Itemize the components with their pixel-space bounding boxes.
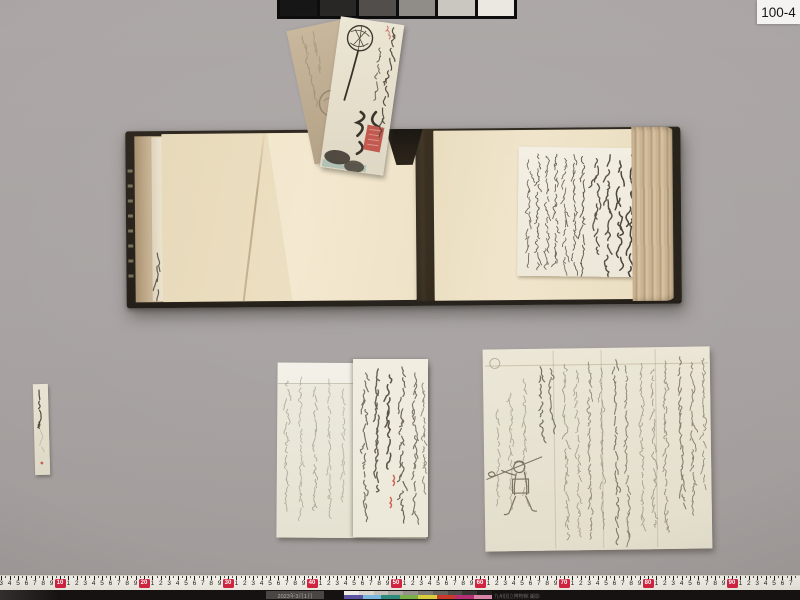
ruler-number: 4 <box>510 580 517 588</box>
handwriting-column <box>360 373 369 522</box>
ruler-half-tick <box>89 576 90 578</box>
ruler-half-tick <box>593 576 594 578</box>
ruler-number: 3 <box>82 580 89 588</box>
ruler-half-tick <box>652 576 653 578</box>
ruler-half-tick <box>98 576 99 578</box>
ruler-half-tick <box>509 576 510 578</box>
ruler-number: 7 <box>451 580 458 588</box>
ruler-number: 1 <box>569 580 576 588</box>
ruler-half-tick <box>585 576 586 578</box>
ruler-half-tick <box>64 576 65 578</box>
ruler-half-tick <box>694 576 695 578</box>
red-seal-marks <box>390 475 395 508</box>
ruler-half-tick <box>568 576 569 578</box>
ruler-number: 1 <box>149 580 156 588</box>
ruler-half-tick <box>518 576 519 578</box>
ruler-number: 6 <box>107 580 114 588</box>
color-patch <box>418 595 437 599</box>
ruler-number: 5 <box>603 580 610 588</box>
handwriting-column <box>612 360 621 545</box>
ruler-number: 6 <box>611 580 618 588</box>
ruler-number: 8 <box>544 580 551 588</box>
album-book <box>125 127 682 309</box>
small-strip-handwriting <box>33 384 50 475</box>
letter-left-handwriting <box>277 359 428 538</box>
ruler-half-tick <box>22 576 23 578</box>
ruler-number: 1 <box>65 580 72 588</box>
ruler-half-tick <box>14 576 15 578</box>
handwriting-column <box>552 154 561 267</box>
ruler-half-tick <box>299 576 300 578</box>
ruler-half-tick <box>190 576 191 578</box>
small-label-strip <box>33 384 50 475</box>
ruler-half-tick <box>182 576 183 578</box>
grayscale-patch <box>399 0 436 16</box>
pasted-manuscript-card <box>517 147 640 277</box>
ruler-half-tick <box>316 576 317 578</box>
ruler-half-tick <box>442 576 443 578</box>
handwriting-column <box>312 387 317 510</box>
ruler-half-tick <box>459 576 460 578</box>
ruler-half-tick <box>484 576 485 578</box>
ruler-number: 2 <box>661 580 668 588</box>
ruler-number: 3 <box>418 580 425 588</box>
ruler-half-tick <box>358 576 359 578</box>
ruler-half-tick <box>375 576 376 578</box>
ruler-half-tick <box>115 576 116 578</box>
ruler-number: 3 <box>670 580 677 588</box>
ruler-half-tick <box>409 576 410 578</box>
ruler-half-tick <box>291 576 292 578</box>
ruler-half-tick <box>736 576 737 578</box>
handwriting-column <box>153 253 160 301</box>
catalog-number-label: 100-4 <box>757 0 800 24</box>
ruler-number: 4 <box>90 580 97 588</box>
handwriting-column <box>39 430 44 452</box>
measuring-tape: 3456789101234567892012345678930123456789… <box>0 575 800 591</box>
ruler-half-tick <box>669 576 670 578</box>
ruler-number: 2 <box>241 580 248 588</box>
ruler-number: 8 <box>712 580 719 588</box>
ruler-number: 5 <box>519 580 526 588</box>
ruler-number: 2 <box>745 580 752 588</box>
ruler-half-tick <box>476 576 477 578</box>
ruler-number: 3 <box>0 580 5 588</box>
handwriting-column <box>37 390 42 429</box>
ruler-number: 6 <box>23 580 30 588</box>
ruler-half-tick <box>123 576 124 578</box>
ruler-number: 7 <box>115 580 122 588</box>
ruler-half-tick <box>224 576 225 578</box>
ruler-number: 4 <box>762 580 769 588</box>
handwriting-column <box>573 370 582 537</box>
ruler-half-tick <box>367 576 368 578</box>
color-patch <box>344 595 363 599</box>
handwriting-column <box>311 32 323 73</box>
color-patch <box>437 595 456 599</box>
ruler-half-tick <box>325 576 326 578</box>
ruler-number: 4 <box>6 580 13 588</box>
ruler-half-tick <box>677 576 678 578</box>
ruler-number: 1 <box>317 580 324 588</box>
handwriting-column <box>507 393 515 510</box>
handwriting-column <box>326 379 331 518</box>
ruler-half-tick <box>241 576 242 578</box>
ruler-number: 5 <box>771 580 778 588</box>
ruler-ten-marker: 10 <box>55 579 66 588</box>
ruler-half-tick <box>157 576 158 578</box>
ruler-number: 3 <box>586 580 593 588</box>
ruler-half-tick <box>274 576 275 578</box>
ruler-ten-marker: 40 <box>307 579 318 588</box>
ruler-half-tick <box>619 576 620 578</box>
doodle-circle <box>490 358 500 368</box>
ruler-number: 5 <box>435 580 442 588</box>
handwriting-column <box>421 383 427 494</box>
red-dot <box>40 462 43 465</box>
ruler-half-tick <box>526 576 527 578</box>
ruler-number: 2 <box>409 580 416 588</box>
handwriting-column <box>560 158 571 275</box>
handwriting-column <box>544 156 552 269</box>
ruler-ten-marker: 80 <box>643 579 654 588</box>
handwriting-column <box>586 362 594 539</box>
ruler-half-tick <box>535 576 536 578</box>
ruler-ten-marker: 50 <box>391 579 402 588</box>
ruler-number: 5 <box>15 580 22 588</box>
ruler-number: 2 <box>157 580 164 588</box>
ruler-half-tick <box>577 576 578 578</box>
ruler-half-tick <box>165 576 166 578</box>
ruler-number: 7 <box>535 580 542 588</box>
ruler-half-tick <box>425 576 426 578</box>
ruler-number: 1 <box>485 580 492 588</box>
ruler-half-tick <box>493 576 494 578</box>
ruler-number: 1 <box>233 580 240 588</box>
ruler-ten-marker: 90 <box>727 579 738 588</box>
ruler-half-tick <box>770 576 771 578</box>
ruler-half-tick <box>266 576 267 578</box>
handwriting-column <box>374 369 380 492</box>
ruler-half-tick <box>753 576 754 578</box>
ruler-half-tick <box>73 576 74 578</box>
handwriting-column <box>699 358 708 489</box>
ruler-half-tick <box>711 576 712 578</box>
handwriting-column <box>495 409 501 506</box>
back-cover-edge <box>672 129 682 301</box>
handwriting-column <box>588 159 601 255</box>
handwriting-column <box>661 361 671 532</box>
handwriting-column <box>538 367 546 443</box>
ruler-scale: 3456789101234567892012345678930123456789… <box>0 576 800 591</box>
mirror-drawing-handle <box>344 49 358 101</box>
grayscale-patch <box>359 0 396 16</box>
ruler-half-tick <box>333 576 334 578</box>
handwriting-column <box>678 357 686 509</box>
card-handwriting <box>517 147 640 277</box>
ruler-number: 2 <box>73 580 80 588</box>
color-calibration-bar <box>344 595 492 599</box>
ruler-half-tick <box>627 576 628 578</box>
ruler-half-tick <box>308 576 309 578</box>
ruler-number: 7 <box>703 580 710 588</box>
ruler-half-tick <box>81 576 82 578</box>
ruler-half-tick <box>131 576 132 578</box>
ruler-half-tick <box>543 576 544 578</box>
ruler-number: 8 <box>208 580 215 588</box>
ruler-half-tick <box>417 576 418 578</box>
handwriting-column <box>561 364 572 540</box>
ruler-number: 4 <box>426 580 433 588</box>
ruler-half-tick <box>602 576 603 578</box>
handwriting-column <box>341 389 346 502</box>
ruler-number: 7 <box>619 580 626 588</box>
color-patch <box>363 595 382 599</box>
unfolded-letter-right <box>483 346 713 551</box>
catalog-number-text: 100-4 <box>761 5 796 20</box>
grayscale-patch <box>280 0 317 16</box>
ruler-half-tick <box>215 576 216 578</box>
ruler-half-tick <box>341 576 342 578</box>
ruler-half-tick <box>635 576 636 578</box>
ruler-number: 2 <box>577 580 584 588</box>
color-patch <box>474 595 493 599</box>
ruler-ten-marker: 60 <box>475 579 486 588</box>
handwriting-column <box>521 379 529 507</box>
ruler-half-tick <box>610 576 611 578</box>
ruler-half-tick <box>140 576 141 578</box>
ruler-number: 6 <box>275 580 282 588</box>
ruler-half-tick <box>173 576 174 578</box>
ruler-ten-marker: 70 <box>559 579 570 588</box>
ruler-half-tick <box>795 576 796 578</box>
ruler-number: 3 <box>754 580 761 588</box>
color-patch <box>400 595 419 599</box>
letter-right-handwriting <box>483 346 713 551</box>
ruler-number: 5 <box>267 580 274 588</box>
ruler-half-tick <box>703 576 704 578</box>
ruler-number: 4 <box>258 580 265 588</box>
handwriting-column <box>525 160 535 268</box>
ruler-half-tick <box>392 576 393 578</box>
ruler-number: 4 <box>174 580 181 588</box>
ruler-number: 5 <box>351 580 358 588</box>
ruler-half-tick <box>644 576 645 578</box>
handwriting-column <box>298 377 304 521</box>
ruler-ten-marker: 20 <box>139 579 150 588</box>
footer-strip: 2023年3月1日 九州国立博物館 撮影 <box>0 590 800 600</box>
handwriting-column <box>578 156 586 277</box>
ruler-number: 1 <box>737 580 744 588</box>
ruler-half-tick <box>661 576 662 578</box>
ruler-half-tick <box>207 576 208 578</box>
capture-date: 2023年3月1日 <box>278 591 313 599</box>
ruler-half-tick <box>434 576 435 578</box>
ruler-number: 6 <box>191 580 198 588</box>
ruler-half-tick <box>257 576 258 578</box>
handwriting-column <box>649 369 658 527</box>
binding-stitches <box>128 169 134 287</box>
grayscale-patch <box>478 0 515 16</box>
museum-credit: 九州国立博物館 撮影 <box>494 592 540 599</box>
ruler-number: 2 <box>493 580 500 588</box>
date-plate: 2023年3月1日 <box>266 591 324 599</box>
handwriting-column <box>689 363 699 516</box>
handwriting-column <box>548 369 555 434</box>
ruler-number: 5 <box>99 580 106 588</box>
ruler-half-tick <box>39 576 40 578</box>
red-annotation-scribble <box>385 26 392 40</box>
ruler-half-tick <box>551 576 552 578</box>
ruler-number: 5 <box>687 580 694 588</box>
handwriting-column <box>283 381 290 511</box>
ruler-half-tick <box>232 576 233 578</box>
handwriting-column <box>597 368 606 529</box>
ruler-number: 7 <box>283 580 290 588</box>
ruler-half-tick <box>106 576 107 578</box>
ruler-half-tick <box>778 576 779 578</box>
ruler-half-tick <box>400 576 401 578</box>
ruler-number: 8 <box>460 580 467 588</box>
ruler-half-tick <box>148 576 149 578</box>
ruler-half-tick <box>560 576 561 578</box>
ruler-half-tick <box>350 576 351 578</box>
handwriting-column <box>384 375 392 469</box>
ruler-number: 8 <box>376 580 383 588</box>
handwriting-column <box>412 373 419 524</box>
ruler-half-tick <box>5 576 6 578</box>
ruler-number: 5 <box>183 580 190 588</box>
handwriting-column <box>602 155 613 277</box>
handwriting-column <box>615 161 625 270</box>
ruler-number: 3 <box>166 580 173 588</box>
cartoon-figure-sketch <box>486 457 543 515</box>
red-stamp <box>363 125 384 153</box>
handwriting-column <box>376 27 399 137</box>
ruler-half-tick <box>249 576 250 578</box>
page-edges <box>631 127 677 301</box>
ruler-number: 8 <box>628 580 635 588</box>
grayscale-patch <box>320 0 357 16</box>
grayscale-patch <box>438 0 475 16</box>
handwriting-column <box>623 366 632 547</box>
handwriting-column <box>300 36 319 107</box>
page-crease <box>243 133 266 302</box>
ruler-number: 8 <box>40 580 47 588</box>
ruler-number: 7 <box>31 580 38 588</box>
handwriting-column <box>570 154 579 275</box>
folded-letter-left <box>277 359 428 538</box>
ruler-number: 1 <box>401 580 408 588</box>
ruler-number: 4 <box>342 580 349 588</box>
ruler-half-tick <box>199 576 200 578</box>
ruler-number: 3 <box>334 580 341 588</box>
ruler-half-tick <box>686 576 687 578</box>
handwriting-column <box>372 48 384 101</box>
ruler-half-tick <box>283 576 284 578</box>
ruler-half-tick <box>56 576 57 578</box>
ruler-half-tick <box>47 576 48 578</box>
ruler-half-tick <box>719 576 720 578</box>
ruler-number: 3 <box>502 580 509 588</box>
ruler-half-tick <box>31 576 32 578</box>
ruler-number: 3 <box>250 580 257 588</box>
ruler-number: 7 <box>367 580 374 588</box>
ruler-number: 4 <box>678 580 685 588</box>
ruler-number: 6 <box>527 580 534 588</box>
ruler-half-tick <box>501 576 502 578</box>
grayscale-calibration-bar <box>277 0 517 19</box>
ruler-number: 7 <box>199 580 206 588</box>
ruler-number: 6 <box>443 580 450 588</box>
ruler-ten-marker: 30 <box>223 579 234 588</box>
ruler-half-tick <box>728 576 729 578</box>
ruler-half-tick <box>467 576 468 578</box>
handwriting-column <box>638 363 646 531</box>
ruler-half-tick <box>383 576 384 578</box>
ruler-number: 8 <box>124 580 131 588</box>
handwriting-column <box>398 367 408 523</box>
ruler-number: 6 <box>359 580 366 588</box>
ruler-half-tick <box>787 576 788 578</box>
ruler-half-tick <box>761 576 762 578</box>
ruler-number: 6 <box>695 580 702 588</box>
ruler-number: 2 <box>325 580 332 588</box>
ruler-number: 1 <box>653 580 660 588</box>
ruler-number: 7 <box>787 580 794 588</box>
ruler-number: 8 <box>292 580 299 588</box>
color-patch <box>381 595 400 599</box>
ruler-number: 6 <box>779 580 786 588</box>
ruler-half-tick <box>451 576 452 578</box>
handwriting-column <box>534 154 544 270</box>
photo-stage: 100-4 <box>0 0 800 600</box>
color-patch <box>455 595 474 599</box>
ruler-half-tick <box>745 576 746 578</box>
ruler-number: 4 <box>594 580 601 588</box>
